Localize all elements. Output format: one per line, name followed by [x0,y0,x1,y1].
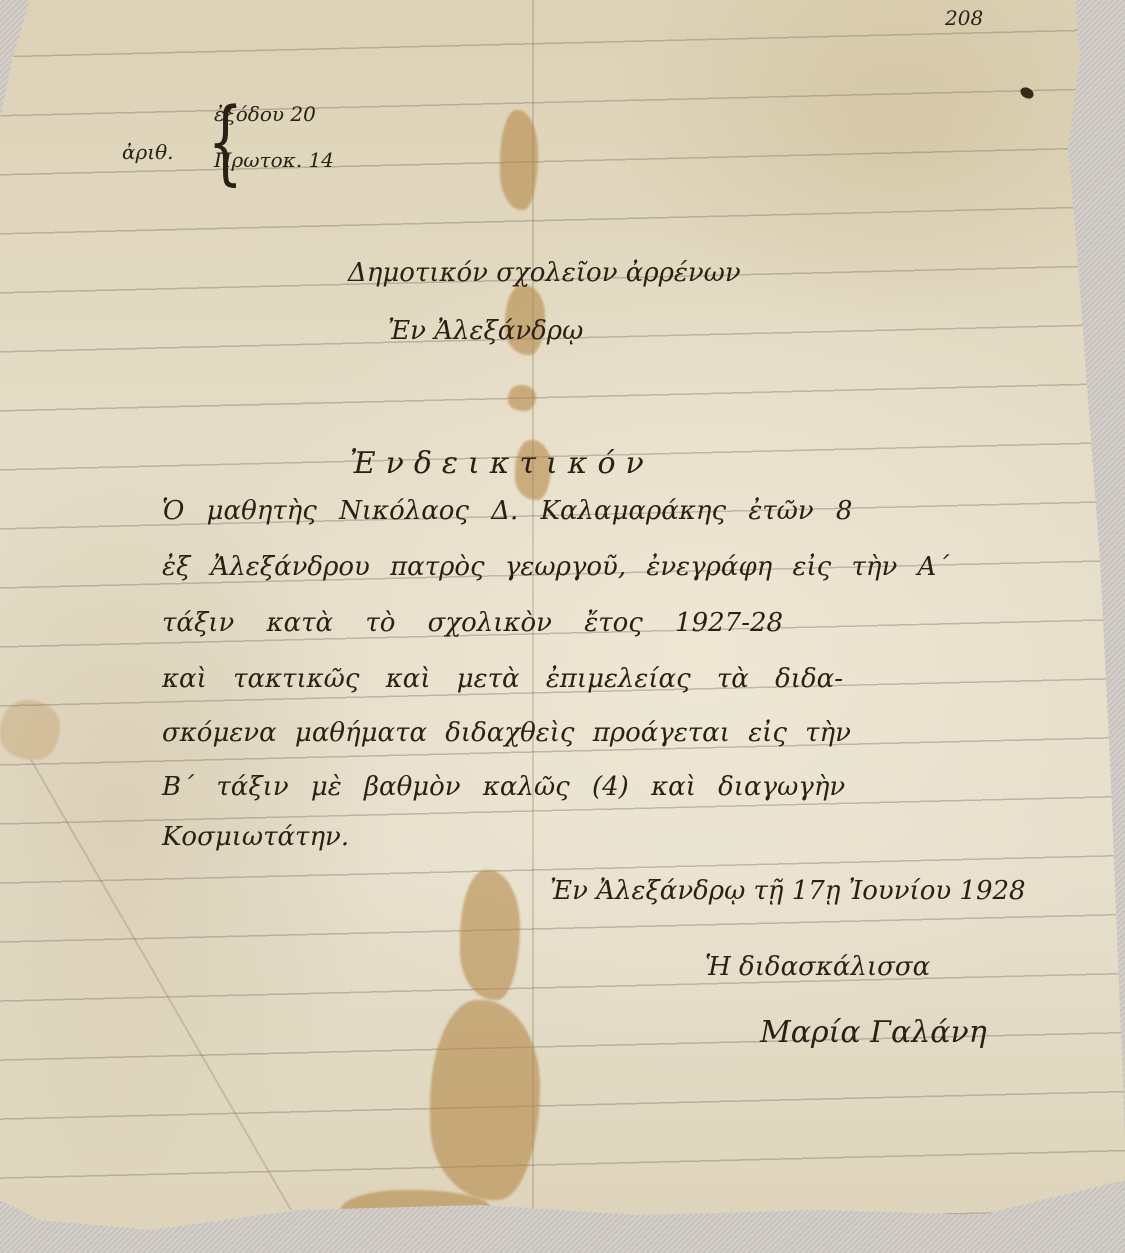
body-line-3: τάξιν κατὰ τὸ σχολικὸν ἔτος 1927-28 [162,608,783,638]
stain [460,870,520,1000]
school-location: Ἐν Ἀλεξάνδρῳ [388,316,583,346]
corner-note-label: ἀριθ. [122,140,174,164]
body-line-2: ἐξ Ἀλεξάνδρου πατρὸς γεωργοῦ, ἐνεγράφη ε… [162,552,949,582]
corner-note-line-2: Πρωτοκ. 14 [214,148,334,172]
document-title: Ἐνδεικτικόν [350,446,654,481]
corner-note-line-1: ἐξόδου 20 [214,102,316,126]
place-and-date: Ἐν Ἀλεξάνδρῳ τῇ 17ῃ Ἰουνίου 1928 [550,876,1026,906]
body-line-4: καὶ τακτικῶς καὶ μετὰ ἐπιμελείας τὰ διδα… [162,664,843,694]
stain [500,110,538,210]
body-line-5: σκόμενα μαθήματα διδαχθεὶς προάγεται εἰς… [162,718,851,748]
body-line-1: Ὁ μαθητὴς Νικόλαος Δ. Καλαμαράκης ἐτῶν 8 [162,496,852,526]
stain [0,700,60,760]
body-line-7: Κοσμιωτάτην. [162,822,349,852]
stain [430,1000,540,1200]
signature: Μαρία Γαλάνη [760,1015,987,1050]
signer-role: Ἡ διδασκάλισσα [705,952,930,982]
school-name: Δημοτικόν σχολεῖον ἀρρένων [348,258,741,288]
stain [340,1190,490,1230]
body-line-6: Β΄ τάξιν μὲ βαθμὸν καλῶς (4) καὶ διαγωγὴ… [162,772,845,802]
stain [508,385,536,411]
page-number: 208 [945,6,983,30]
document-paper: 208 ἀριθ. { ἐξόδου 20 Πρωτοκ. 14 Δημοτικ… [0,0,1125,1253]
